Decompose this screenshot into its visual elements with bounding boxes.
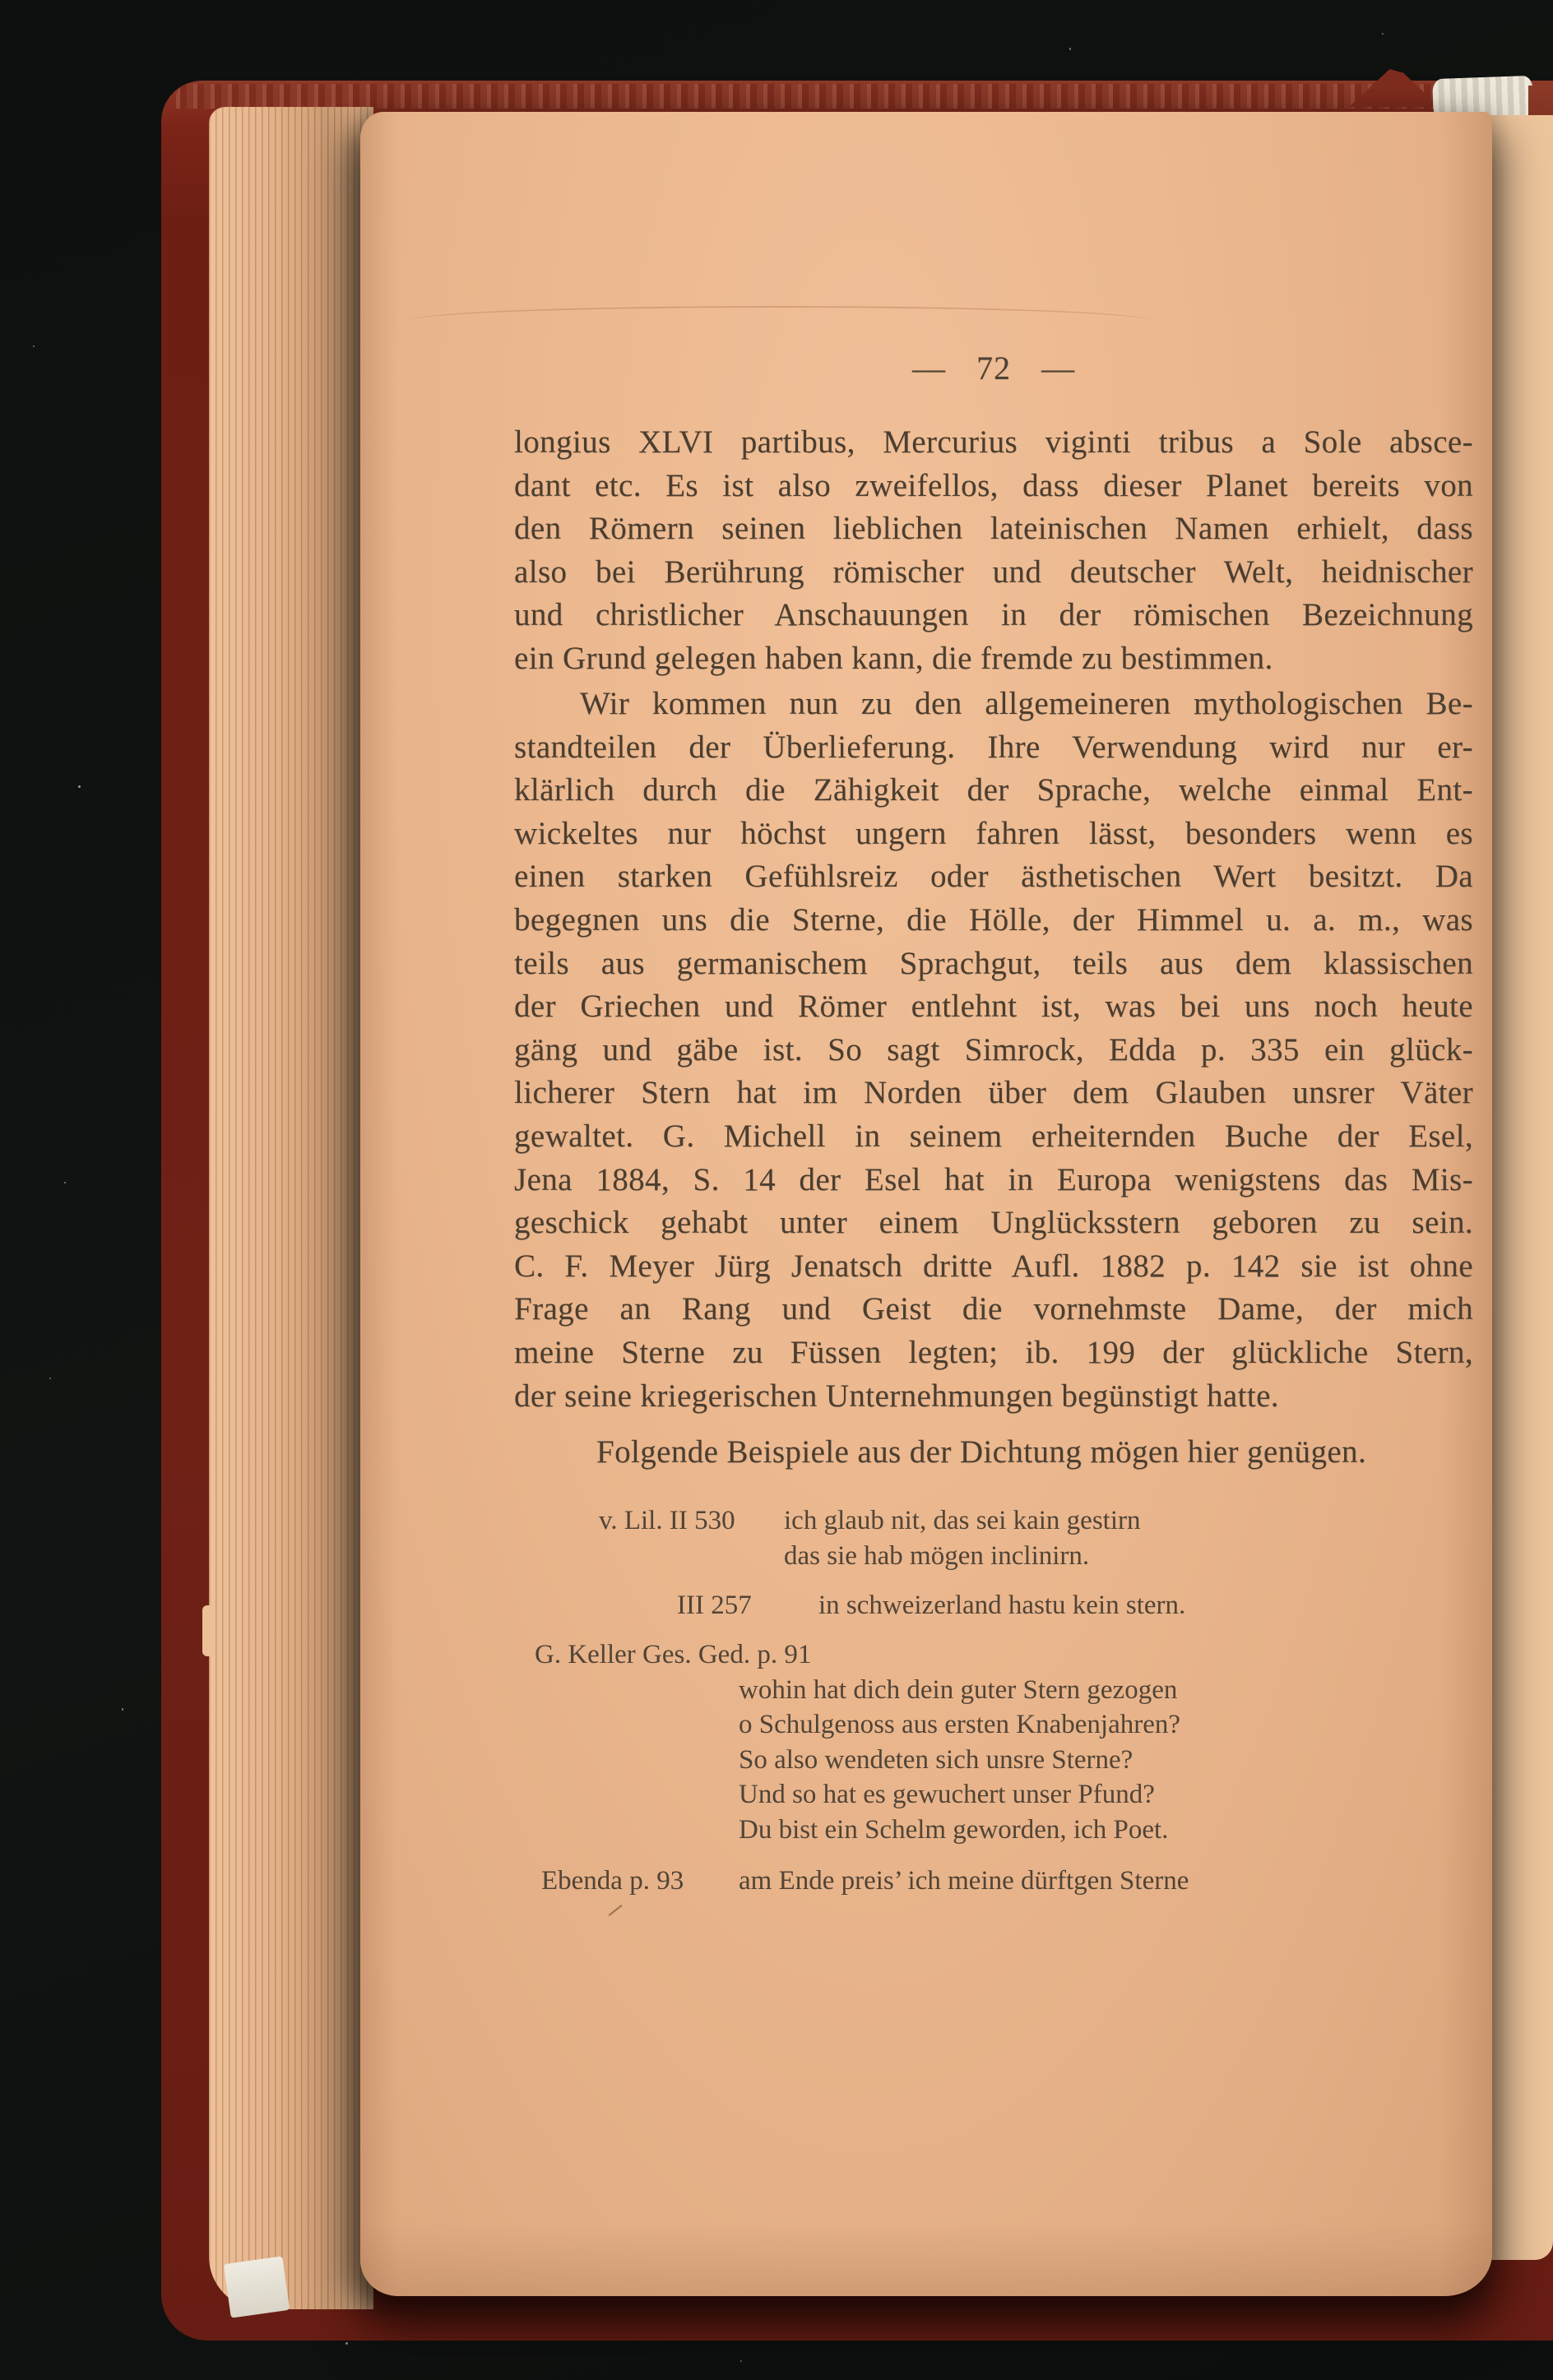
protruding-leaf bbox=[202, 1605, 216, 1656]
text-line: C. F. Meyer Jürg Jenatsch dritte Aufl. 1… bbox=[514, 1245, 1473, 1289]
verse-line-lil-2: das sie hab mögen inclinirn. bbox=[784, 1539, 1089, 1573]
verse-line-keller-5: Du bist ein Schelm geworden, ich Poet. bbox=[739, 1813, 1168, 1847]
text-line: meine Sterne zu Füssen legten; ib. 199 d… bbox=[514, 1331, 1473, 1375]
verse-line-keller-1: wohin hat dich dein guter Stern gezogen bbox=[739, 1673, 1177, 1707]
text-line: der seine kriegerischen Unternehmungen b… bbox=[514, 1375, 1473, 1419]
text-line: also bei Berührung römischer und deutsch… bbox=[514, 551, 1473, 595]
text-line: teils aus germanischem Sprachgut, teils … bbox=[514, 942, 1473, 986]
text-line: licherer Stern hat im Norden über dem Gl… bbox=[514, 1072, 1473, 1115]
citation-label: Ebenda p. 93 bbox=[541, 1864, 739, 1898]
dust-speck bbox=[345, 2342, 348, 2345]
text-line: Jena 1884, S. 14 der Esel hat in Europa … bbox=[514, 1159, 1473, 1202]
book-scan: — 72 — longius XLVI partibus, Mercurius … bbox=[0, 0, 1553, 2380]
dust-speck bbox=[740, 2360, 742, 2362]
verse-line-keller-4: Und so hat es gewuchert unser Pfund? bbox=[739, 1777, 1155, 1812]
cover-top-edge bbox=[176, 84, 1533, 109]
text-line: den Römern seinen lieblichen lateinische… bbox=[514, 507, 1473, 551]
page-number: — 72 — bbox=[514, 349, 1473, 387]
dust-speck bbox=[1382, 33, 1384, 35]
citation-keller: G. Keller Ges. Ged. p. 91 bbox=[535, 1637, 811, 1672]
text-line: klärlich durch die Zähigkeit der Sprache… bbox=[514, 769, 1473, 813]
dust-speck bbox=[1069, 48, 1071, 50]
page-number-value: 72 bbox=[976, 350, 1011, 387]
text-line: Wir kommen nun zu den allgemeineren myth… bbox=[514, 683, 1473, 726]
verse-line-iii: III 257in schweizerland hastu kein stern… bbox=[677, 1588, 1185, 1623]
text-line: Folgende Beispiele aus der Dichtung möge… bbox=[514, 1431, 1473, 1475]
text-line: Frage an Rang und Geist die vornehmste D… bbox=[514, 1288, 1473, 1331]
page-number-dash-right: — bbox=[1041, 350, 1075, 387]
text-line: dant etc. Es ist also zweifellos, dass d… bbox=[514, 465, 1473, 508]
dust-speck bbox=[49, 1378, 51, 1379]
text-line: wickeltes nur höchst ungern fahren lässt… bbox=[514, 813, 1473, 856]
text-line: longius XLVI partibus, Mercurius viginti… bbox=[514, 421, 1473, 465]
text-line: geschick gehabt unter einem Unglücksster… bbox=[514, 1202, 1473, 1245]
page-stack-edges bbox=[209, 107, 373, 2309]
paragraph-3: Folgende Beispiele aus der Dichtung möge… bbox=[514, 1431, 1473, 1475]
text-line: begegnen uns die Sterne, die Hölle, der … bbox=[514, 899, 1473, 942]
text-line: standteilen der Überlieferung. Ihre Verw… bbox=[514, 726, 1473, 770]
dust-speck bbox=[33, 345, 35, 347]
text-line: und christlicher Anschauungen in der röm… bbox=[514, 594, 1473, 637]
paragraph-2: Wir kommen nun zu den allgemeineren myth… bbox=[514, 683, 1473, 1418]
verse-text: in schweizerland hastu kein stern. bbox=[818, 1591, 1185, 1620]
text-line: gewaltet. G. Michell in seinem erheitern… bbox=[514, 1115, 1473, 1159]
verse-line-ebenda: Ebenda p. 93am Ende preis’ ich meine dür… bbox=[541, 1864, 1189, 1898]
pen-mark bbox=[609, 1905, 623, 1916]
text-line: ein Grund gelegen haben kann, die fremde… bbox=[514, 637, 1473, 681]
page-number-dash-left: — bbox=[912, 350, 946, 387]
verse-line-keller-2: o Schulgenoss aus ersten Knabenjahren? bbox=[739, 1707, 1180, 1742]
verse-line-keller-3: So also wendeten sich unsre Sterne? bbox=[739, 1743, 1133, 1777]
dust-speck bbox=[78, 785, 81, 788]
text-line: der Griechen und Römer entlehnt ist, was… bbox=[514, 985, 1473, 1029]
text-line: einen starken Gefühlsreiz oder ästhetisc… bbox=[514, 855, 1473, 899]
verse-text: ich glaub nit, das sei kain gestirn bbox=[784, 1506, 1141, 1535]
paper-scrap bbox=[224, 2256, 290, 2317]
paragraph-1: longius XLVI partibus, Mercurius viginti… bbox=[514, 421, 1473, 681]
dust-speck bbox=[122, 1708, 123, 1711]
verse-text: am Ende preis’ ich meine dürftgen Sterne bbox=[739, 1866, 1189, 1896]
text-line: gäng und gäbe ist. So sagt Simrock, Edda… bbox=[514, 1029, 1473, 1072]
verse-line-lil-1: v. Lil. II 530ich glaub nit, das sei kai… bbox=[599, 1503, 1141, 1538]
dust-speck bbox=[64, 1182, 66, 1183]
citation-label: III 257 bbox=[677, 1588, 818, 1623]
citation-label: v. Lil. II 530 bbox=[599, 1503, 784, 1538]
